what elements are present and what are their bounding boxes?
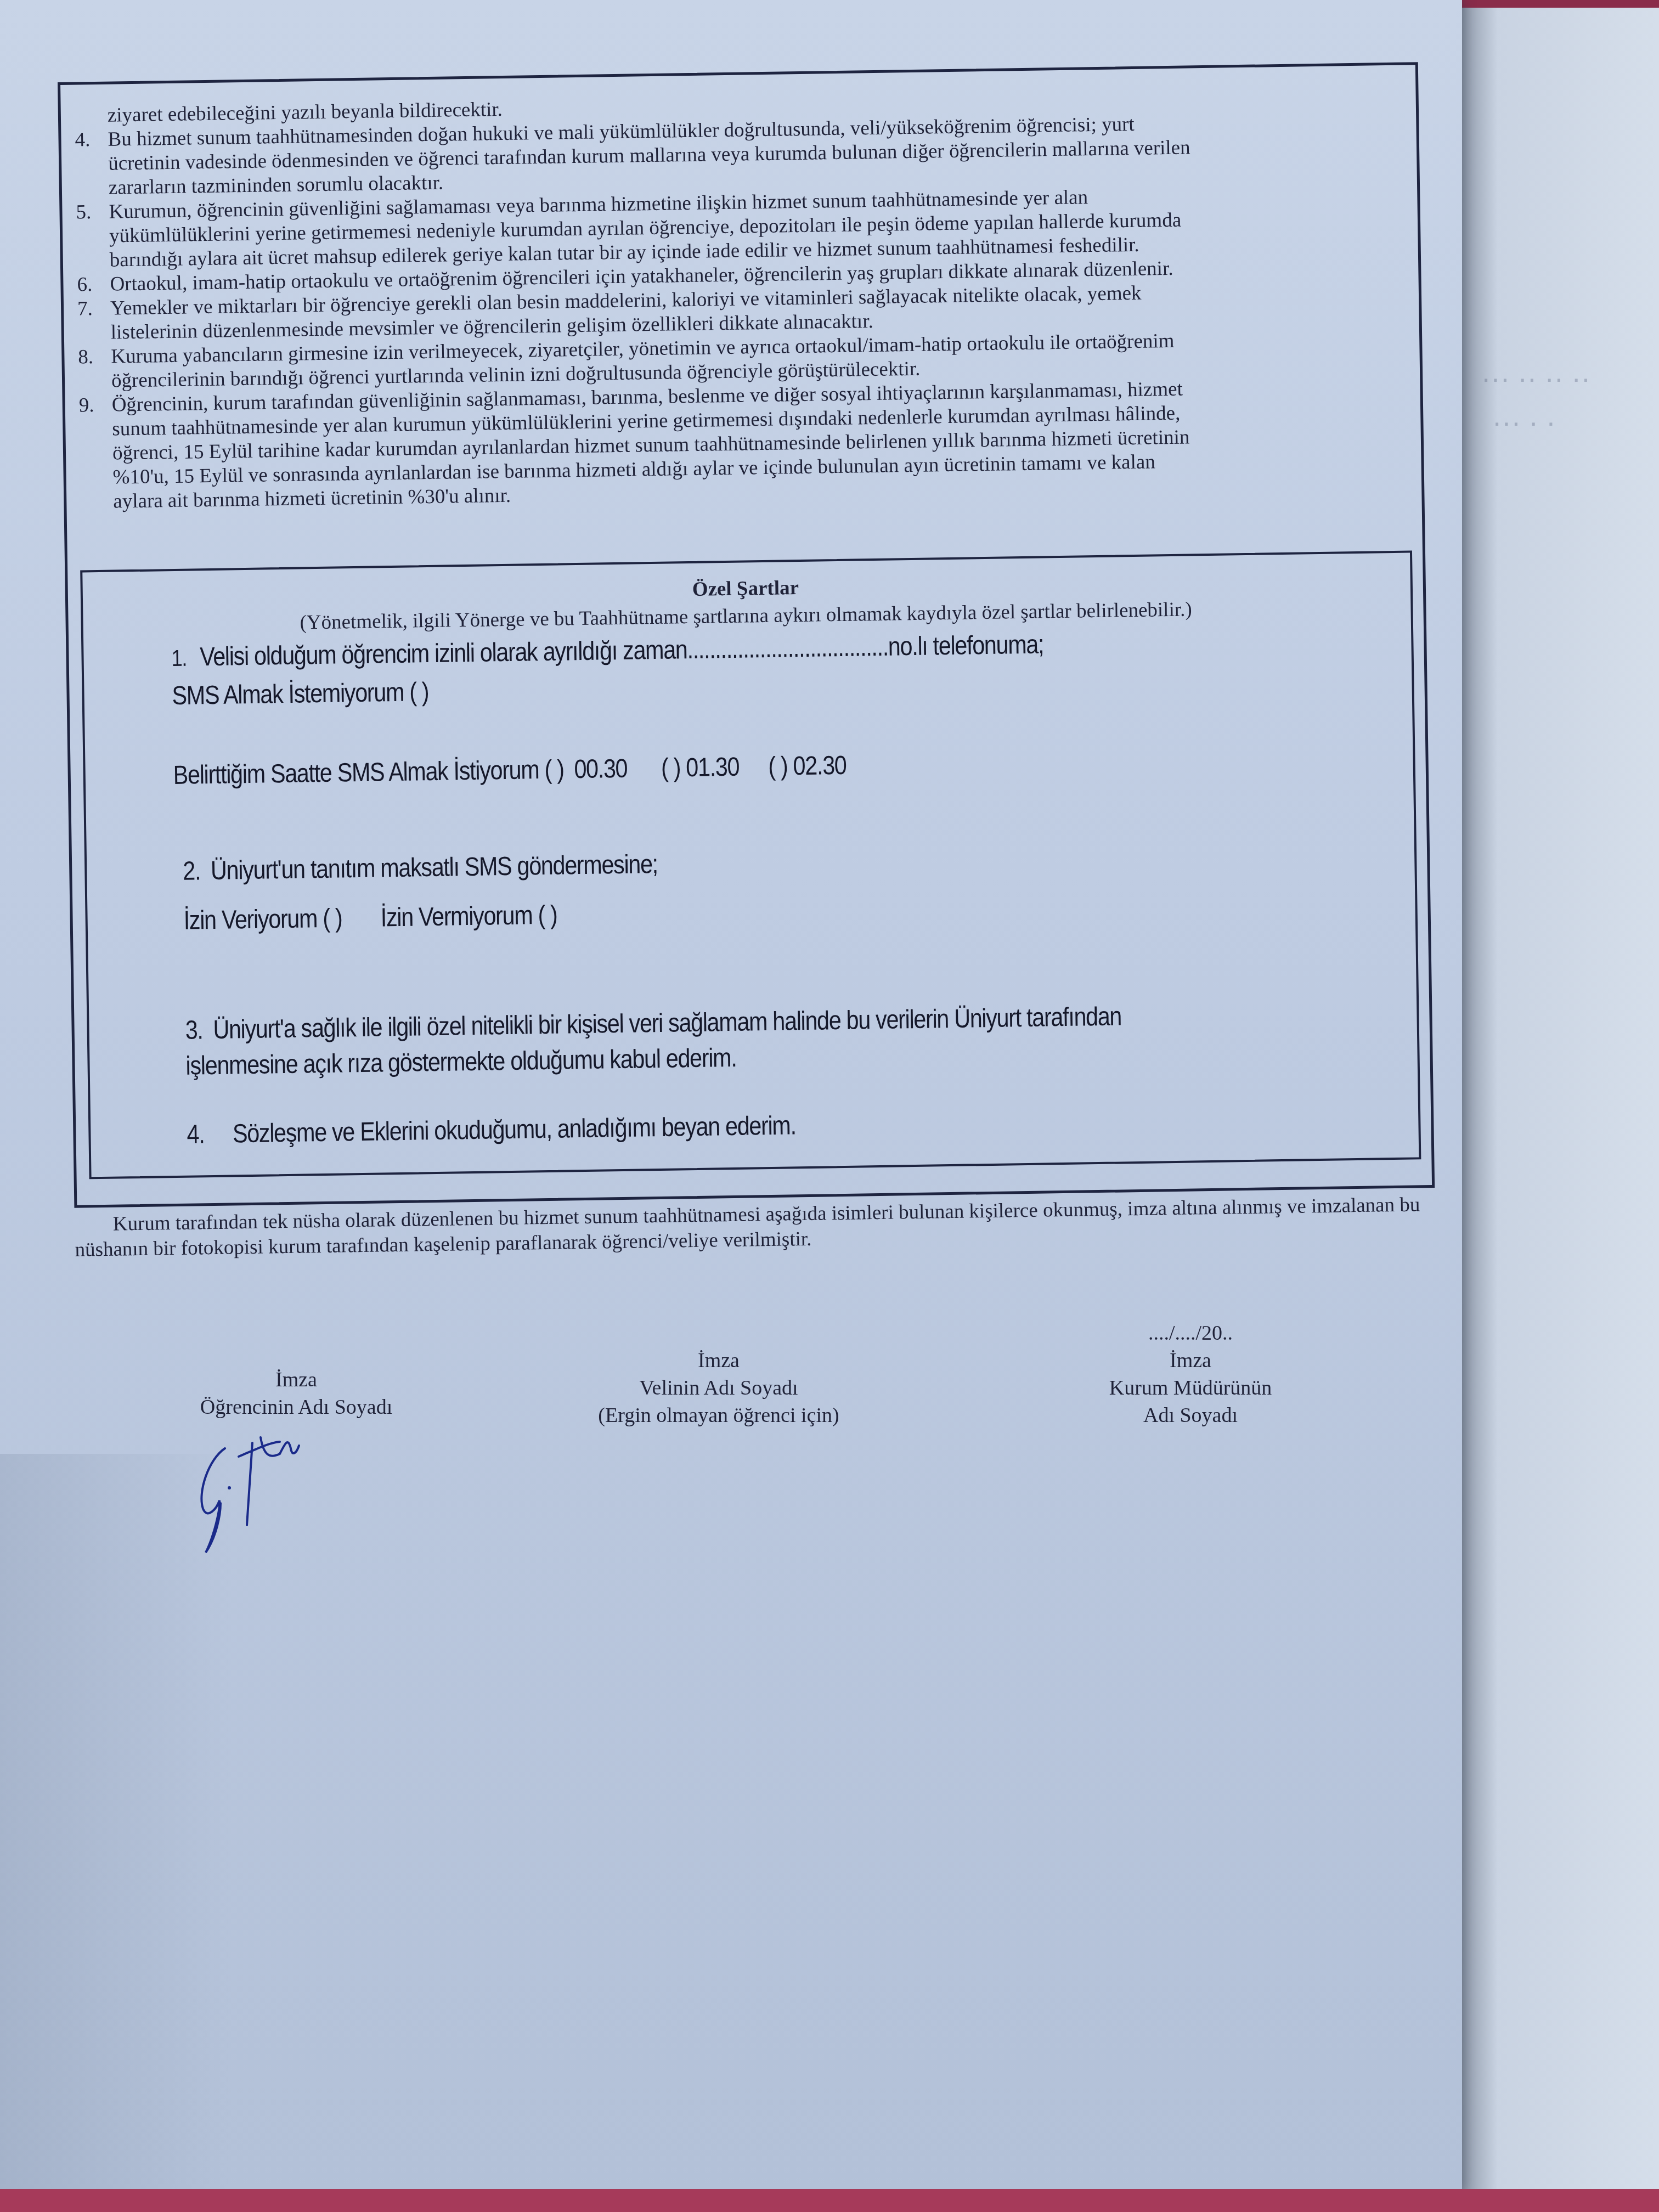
background-sheet bbox=[1462, 0, 1659, 2212]
ghost-writing: ··· ·· ·· ·· bbox=[1481, 362, 1590, 395]
handwritten-signature-icon bbox=[187, 1426, 362, 1558]
special-item-3-cont: işlenmesine açık rıza göstermekte olduğu… bbox=[185, 1043, 737, 1081]
sms-time-0130[interactable]: ( ) 01.30 bbox=[661, 753, 740, 783]
special-item-1: 1.Velisi olduğum öğrencim izinli olarak … bbox=[171, 629, 1043, 673]
special-item-2: 2.Üniyurt'un tanıtım maksatlı SMS gönder… bbox=[183, 849, 658, 887]
sms-time-options: Belirttiğim Saatte SMS Almak İstiyorum (… bbox=[173, 751, 847, 791]
sms-time-0030[interactable]: 00.30 bbox=[574, 754, 628, 784]
sms-opt-out-checkbox[interactable]: SMS Almak İstemiyorum ( ) bbox=[172, 677, 429, 711]
special-terms-box: 1.Velisi olduğum öğrencim izinli olarak … bbox=[80, 550, 1421, 1179]
phone-blank-field[interactable]: .................................... bbox=[687, 633, 888, 664]
term-text: aylara ait barınma hizmeti ücretinin %30… bbox=[113, 484, 511, 513]
special-item-4: 4.Sözleşme ve Eklerini okuduğumu, anladı… bbox=[187, 1110, 796, 1149]
background-surface-bottom bbox=[0, 2189, 1659, 2212]
term-number: 9. bbox=[78, 393, 94, 417]
document-page: ziyaret edebileceğini yazılı beyanla bil… bbox=[0, 0, 1462, 2192]
parent-signature-block: İmza Velinin Adı Soyadı (Ergin olmayan ö… bbox=[565, 1347, 872, 1429]
term-number: 4. bbox=[75, 128, 90, 152]
ghost-writing: ··· · · bbox=[1492, 406, 1555, 439]
special-item-3: 3.Üniyurt'a sağlık ile ilgili özel nitel… bbox=[185, 1001, 1121, 1045]
promo-deny-checkbox[interactable]: İzin Vermiyorum ( ) bbox=[380, 901, 557, 933]
sms-opt-in-checkbox[interactable]: Belirttiğim Saatte SMS Almak İstiyorum (… bbox=[173, 755, 564, 790]
terms-list: ziyaret edebileceğini yazılı beyanla bil… bbox=[69, 84, 1414, 515]
sms-time-0230[interactable]: ( ) 02.30 bbox=[768, 751, 847, 781]
student-signature-block: İmza Öğrencinin Adı Soyadı bbox=[165, 1366, 428, 1421]
term-text: zararların tazmininden sorumlu olacaktır… bbox=[109, 172, 444, 199]
term-number: 8. bbox=[78, 345, 93, 369]
terms-frame: ziyaret edebileceğini yazılı beyanla bil… bbox=[58, 62, 1440, 1212]
background-surface-top bbox=[1462, 0, 1659, 8]
date-field[interactable]: ..../..../20.. bbox=[1059, 1319, 1322, 1347]
director-signature-block: ..../..../20.. İmza Kurum Müdürünün Adı … bbox=[1059, 1319, 1322, 1429]
promo-allow-checkbox[interactable]: İzin Veriyorum ( ) bbox=[183, 904, 342, 935]
term-number: 6. bbox=[77, 273, 92, 297]
term-number: 7. bbox=[77, 297, 93, 321]
promo-sms-options: İzin Veriyorum ( ) İzin Vermiyorum ( ) bbox=[183, 900, 557, 936]
term-number: 5. bbox=[76, 200, 91, 224]
